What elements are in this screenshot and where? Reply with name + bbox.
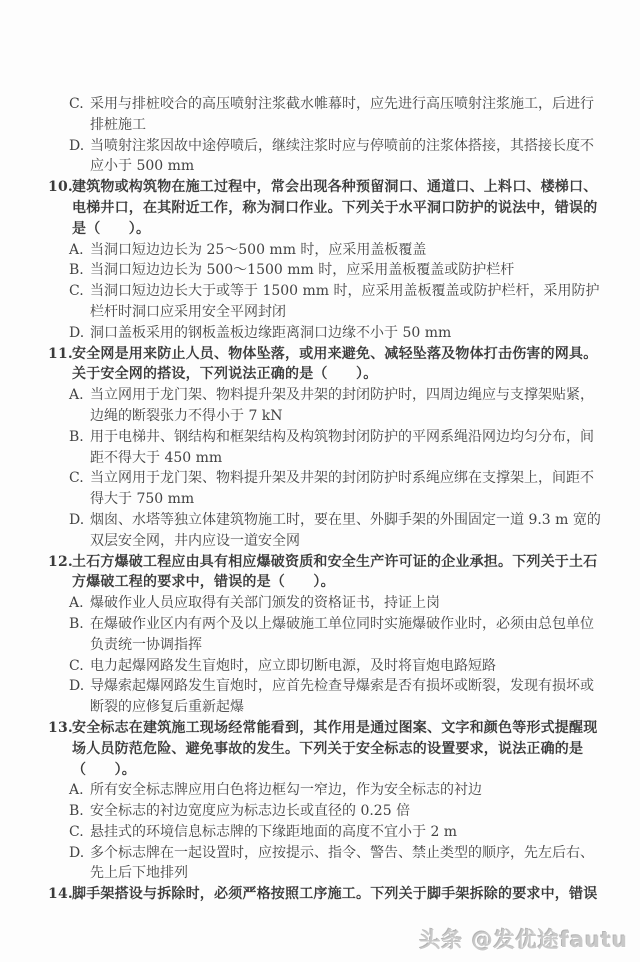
option-label: B. bbox=[69, 801, 90, 822]
option-line: D.洞口盖板采用的钢板盖板边缘距离洞口边缘不小于 50 mm bbox=[69, 323, 608, 344]
option-line: D.烟囱、水塔等独立体建筑物施工时，要在里、外脚手架的外围固定一道 9.3 m … bbox=[69, 510, 608, 531]
option-text: 排桩施工 bbox=[90, 117, 146, 133]
option-text: 当洞口短边边长为 500～1500 mm 时，应采用盖板覆盖或防护栏杆 bbox=[90, 262, 514, 278]
question-number: 13. bbox=[48, 718, 72, 739]
option-text: 负责统一协调指挥 bbox=[90, 637, 202, 653]
option-line: B.用于电梯井、钢结构和框架结构及构筑物封闭防护的平网系绳沿网边均匀分布，间 bbox=[69, 427, 608, 448]
question-stem-continuation: 是（ ）。 bbox=[72, 219, 608, 240]
option-continuation: 先上后下地排列 bbox=[90, 863, 608, 884]
option-label: A. bbox=[69, 385, 90, 406]
option-text: 电力起爆网路发生盲炮时，应立即切断电源，及时将盲炮电路短路 bbox=[90, 658, 496, 674]
option-text: 得大于 750 mm bbox=[90, 491, 194, 507]
option-label: D. bbox=[69, 136, 90, 157]
question-stem-line: 10.建筑物或构筑物在施工过程中，常会出现各种预留洞口、通道口、上料口、楼梯口、 bbox=[48, 177, 608, 198]
option-line: C.采用与排桩咬合的高压喷射注浆截水帷幕时，应先进行高压喷射注浆施工，后进行 bbox=[69, 94, 608, 115]
option-text: 用于电梯井、钢结构和框架结构及构筑物封闭防护的平网系绳沿网边均匀分布，间 bbox=[90, 429, 594, 445]
option-text: 当喷射注浆因故中途停喷后，继续注浆时应与停喷前的注浆体搭接，其搭接长度不 bbox=[90, 138, 594, 154]
option-text: 当立网用于龙门架、物料提升架及井架的封闭防护时系绳应绑在支撑架上，间距不 bbox=[90, 470, 594, 486]
question-stem-text: 安全网是用来防止人员、物体坠落，或用来避免、减轻坠落及物体打击伤害的网具。 bbox=[72, 346, 597, 362]
option-text: 应小于 500 mm bbox=[90, 158, 194, 174]
question-stem-text: 是（ ）。 bbox=[72, 221, 150, 237]
question-number: 10. bbox=[48, 177, 72, 198]
question-stem-text: 场人员防范危险、避免事故的发生。下列关于安全标志的设置要求，说法正确的是 bbox=[72, 741, 583, 757]
option-text: 先上后下地排列 bbox=[90, 865, 188, 881]
option-line: B.在爆破作业区内有两个及以上爆破施工单位同时实施爆破作业时，必须由总包单位 bbox=[69, 614, 608, 635]
option-label: A. bbox=[69, 240, 90, 261]
option-line: C.当洞口短边边长大于或等于 1500 mm 时，应采用盖板覆盖或防护栏杆，采用… bbox=[69, 281, 608, 302]
question-stem-continuation: 电梯井口，在其附近工作，称为洞口作业。下列关于水平洞口防护的说法中，错误的 bbox=[72, 198, 608, 219]
option-text: 边绳的断裂张力不得小于 7 kN bbox=[90, 408, 283, 424]
question-stem-continuation: 场人员防范危险、避免事故的发生。下列关于安全标志的设置要求，说法正确的是 bbox=[72, 739, 608, 760]
option-text: 导爆索起爆网路发生盲炮时，应首先检查导爆索是否有损坏或断裂，发现有损坏或 bbox=[90, 678, 594, 694]
option-text: 爆破作业人员应取得有关部门颁发的资格证书，持证上岗 bbox=[90, 595, 440, 611]
option-continuation: 断裂的应修复后重新起爆 bbox=[90, 697, 608, 718]
option-line: A.所有安全标志牌应用白色将边框勾一窄边，作为安全标志的衬边 bbox=[69, 780, 608, 801]
question-list: C.采用与排桩咬合的高压喷射注浆截水帷幕时，应先进行高压喷射注浆施工，后进行排桩… bbox=[48, 94, 608, 905]
question-stem-continuation: 方爆破工程的要求中，错误的是（ ）。 bbox=[72, 572, 608, 593]
option-line: D.多个标志牌在一起设置时，应按提示、指令、警告、禁止类型的顺序，先左后右、 bbox=[69, 843, 608, 864]
question-stem-line: 11.安全网是用来防止人员、物体坠落，或用来避免、减轻坠落及物体打击伤害的网具。 bbox=[48, 344, 608, 365]
option-label: D. bbox=[69, 676, 90, 697]
exam-page: C.采用与排桩咬合的高压喷射注浆截水帷幕时，应先进行高压喷射注浆施工，后进行排桩… bbox=[0, 0, 640, 962]
option-label: B. bbox=[69, 614, 90, 635]
option-line: A.当立网用于龙门架、物料提升架及井架的封闭防护时，四周边绳应与支撑架贴紧， bbox=[69, 385, 608, 406]
option-line: B.安全标志的衬边宽度应为标志边长或直径的 0.25 倍 bbox=[69, 801, 608, 822]
option-continuation: 双层安全网，井内应设一道安全网 bbox=[90, 531, 608, 552]
option-label: D. bbox=[69, 323, 90, 344]
question-stem-text: 关于安全网的搭设，下列说法正确的是（ ）。 bbox=[72, 366, 377, 382]
question-number: 12. bbox=[48, 552, 72, 573]
option-text: 洞口盖板采用的钢板盖板边缘距离洞口边缘不小于 50 mm bbox=[90, 325, 451, 341]
watermark-text: 头条 @发优途fautu bbox=[419, 924, 628, 954]
option-line: C.当立网用于龙门架、物料提升架及井架的封闭防护时系绳应绑在支撑架上，间距不 bbox=[69, 468, 608, 489]
question-stem-line: 14.脚手架搭设与拆除时，必须严格按照工序施工。下列关于脚手架拆除的要求中，错误 bbox=[48, 884, 608, 905]
option-continuation: 得大于 750 mm bbox=[90, 489, 608, 510]
option-line: A.爆破作业人员应取得有关部门颁发的资格证书，持证上岗 bbox=[69, 593, 608, 614]
option-label: D. bbox=[69, 510, 90, 531]
option-line: C.电力起爆网路发生盲炮时，应立即切断电源，及时将盲炮电路短路 bbox=[69, 656, 608, 677]
option-continuation: 栏杆时洞口应采用安全平网封闭 bbox=[90, 302, 608, 323]
question-stem-line: 13.安全标志在建筑施工现场经常能看到，其作用是通过图案、文字和颜色等形式提醒现 bbox=[48, 718, 608, 739]
option-line: B.当洞口短边边长为 500～1500 mm 时，应采用盖板覆盖或防护栏杆 bbox=[69, 260, 608, 281]
option-text: 采用与排桩咬合的高压喷射注浆截水帷幕时，应先进行高压喷射注浆施工，后进行 bbox=[90, 96, 594, 112]
question-stem-text: 建筑物或构筑物在施工过程中，常会出现各种预留洞口、通道口、上料口、楼梯口、 bbox=[72, 179, 597, 195]
option-label: C. bbox=[69, 822, 90, 843]
option-text: 断裂的应修复后重新起爆 bbox=[90, 699, 244, 715]
option-line: C.悬挂式的环境信息标志牌的下缘距地面的高度不宜小于 2 m bbox=[69, 822, 608, 843]
option-line: D.当喷射注浆因故中途停喷后，继续注浆时应与停喷前的注浆体搭接，其搭接长度不 bbox=[69, 136, 608, 157]
option-continuation: 距不得大于 450 mm bbox=[90, 448, 608, 469]
question-number: 14. bbox=[48, 884, 72, 905]
option-line: A.当洞口短边边长为 25～500 mm 时，应采用盖板覆盖 bbox=[69, 240, 608, 261]
option-label: A. bbox=[69, 593, 90, 614]
question-stem-text: 土石方爆破工程应由具有相应爆破资质和安全生产许可证的企业承担。下列关于土石 bbox=[72, 554, 597, 570]
option-text: 当洞口短边边长大于或等于 1500 mm 时，应采用盖板覆盖或防护栏杆，采用防护 bbox=[90, 283, 600, 299]
question-stem-text: （ ）。 bbox=[72, 762, 136, 778]
option-label: C. bbox=[69, 656, 90, 677]
option-text: 悬挂式的环境信息标志牌的下缘距地面的高度不宜小于 2 m bbox=[90, 824, 457, 840]
option-text: 安全标志的衬边宽度应为标志边长或直径的 0.25 倍 bbox=[90, 803, 410, 819]
question-number: 11. bbox=[48, 344, 72, 365]
option-text: 烟囱、水塔等独立体建筑物施工时，要在里、外脚手架的外围固定一道 9.3 m 宽的 bbox=[90, 512, 601, 528]
option-text: 在爆破作业区内有两个及以上爆破施工单位同时实施爆破作业时，必须由总包单位 bbox=[90, 616, 594, 632]
option-label: C. bbox=[69, 94, 90, 115]
option-text: 所有安全标志牌应用白色将边框勾一窄边，作为安全标志的衬边 bbox=[90, 782, 482, 798]
option-label: B. bbox=[69, 427, 90, 448]
question-stem-continuation: （ ）。 bbox=[72, 760, 608, 781]
option-text: 多个标志牌在一起设置时，应按提示、指令、警告、禁止类型的顺序，先左后右、 bbox=[90, 845, 594, 861]
question-stem-line: 12.土石方爆破工程应由具有相应爆破资质和安全生产许可证的企业承担。下列关于土石 bbox=[48, 552, 608, 573]
option-text: 栏杆时洞口应采用安全平网封闭 bbox=[90, 304, 286, 320]
option-label: A. bbox=[69, 780, 90, 801]
question-stem-text: 方爆破工程的要求中，错误的是（ ）。 bbox=[72, 574, 335, 590]
option-label: C. bbox=[69, 468, 90, 489]
option-label: C. bbox=[69, 281, 90, 302]
option-text: 当立网用于龙门架、物料提升架及井架的封闭防护时，四周边绳应与支撑架贴紧， bbox=[90, 387, 594, 403]
option-continuation: 应小于 500 mm bbox=[90, 156, 608, 177]
question-stem-continuation: 关于安全网的搭设，下列说法正确的是（ ）。 bbox=[72, 364, 608, 385]
option-continuation: 负责统一协调指挥 bbox=[90, 635, 608, 656]
option-label: B. bbox=[69, 260, 90, 281]
question-stem-text: 安全标志在建筑施工现场经常能看到，其作用是通过图案、文字和颜色等形式提醒现 bbox=[72, 720, 597, 736]
option-continuation: 边绳的断裂张力不得小于 7 kN bbox=[90, 406, 608, 427]
option-line: D.导爆索起爆网路发生盲炮时，应首先检查导爆索是否有损坏或断裂，发现有损坏或 bbox=[69, 676, 608, 697]
question-stem-text: 电梯井口，在其附近工作，称为洞口作业。下列关于水平洞口防护的说法中，错误的 bbox=[72, 200, 597, 216]
option-text: 当洞口短边边长为 25～500 mm 时，应采用盖板覆盖 bbox=[90, 242, 426, 258]
option-text: 双层安全网，井内应设一道安全网 bbox=[90, 533, 300, 549]
option-continuation: 排桩施工 bbox=[90, 115, 608, 136]
question-stem-text: 脚手架搭设与拆除时，必须严格按照工序施工。下列关于脚手架拆除的要求中，错误 bbox=[72, 886, 597, 902]
option-text: 距不得大于 450 mm bbox=[90, 450, 222, 466]
option-label: D. bbox=[69, 843, 90, 864]
